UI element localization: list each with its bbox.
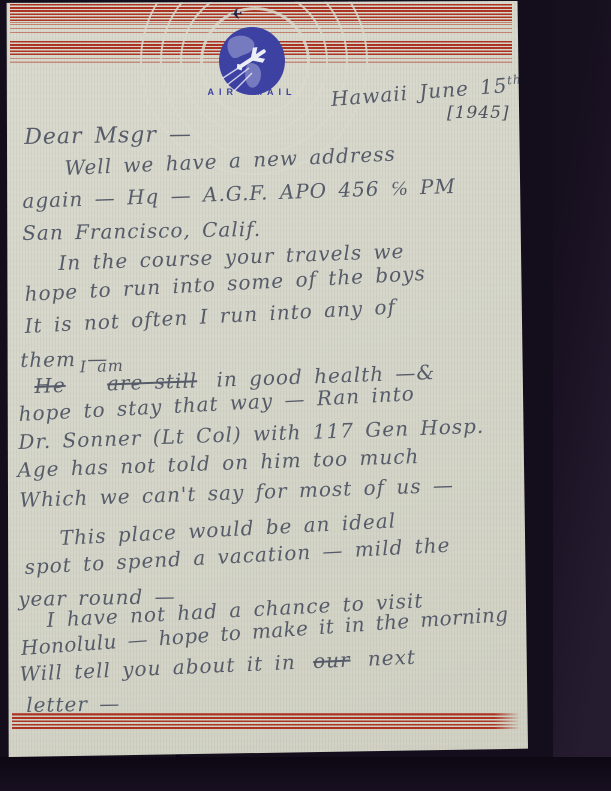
salutation: Dear Msgr — — [24, 122, 192, 150]
inserted-word: I am — [79, 356, 124, 377]
year-annotation: [1945] — [447, 103, 510, 123]
handwritten-line: again — Hq — A.G.F. APO 456 ℅ PM — [22, 174, 456, 214]
struck-word: He — [34, 373, 66, 398]
backdrop-highlight — [553, 0, 611, 791]
handwritten-line: San Francisco, Calif. — [22, 217, 261, 245]
letter-page: AIR MAIL ✈ Hawaii June 15th [1945] Dear … — [4, 1, 528, 757]
blue-pencil-mark — [222, 754, 260, 756]
line-text: next — [367, 645, 416, 671]
letterhead-stripes-bottom — [12, 713, 520, 730]
struck-word: our — [313, 648, 351, 674]
airplane-icon: ✈ — [229, 4, 243, 23]
airmail-label: AIR MAIL — [184, 87, 320, 97]
airmail-globe-icon — [218, 26, 286, 96]
dateline-ordinal: th — [506, 72, 522, 87]
backdrop-shadow — [0, 757, 611, 791]
